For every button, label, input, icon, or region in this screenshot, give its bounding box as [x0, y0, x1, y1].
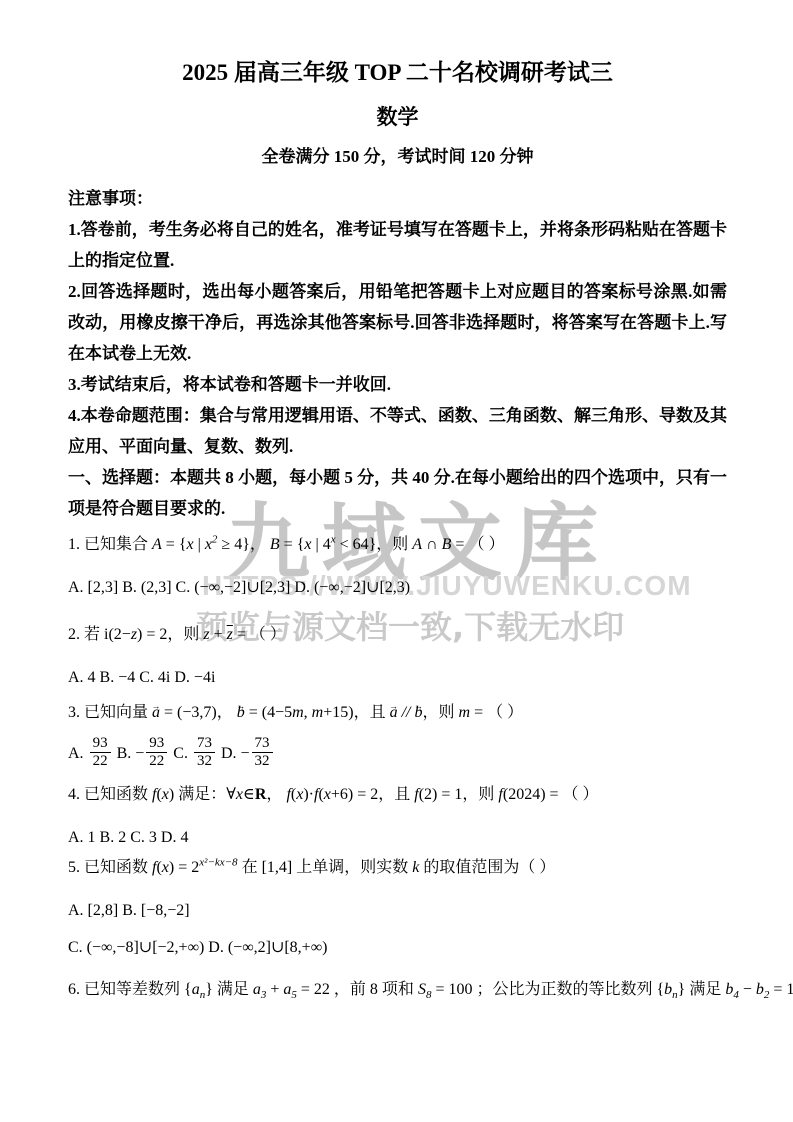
page-content: 2025 届高三年级 TOP 二十名校调研考试三 数学 全卷满分 150 分，考… — [0, 0, 793, 1005]
exam-paper-page: 九域文库 HTTPS://WWW.JIUYUWENKU.COM 预览与源文档一致… — [0, 0, 793, 1122]
question-5-stem: 5. 已知函数 f(x) = 2x²−kx−8 在 [1,4] 上单调，则实数 … — [68, 853, 727, 883]
question-list: 1. 已知集合 A = {x | x2 ≥ 4}， B = {x | 4x < … — [68, 530, 727, 1005]
exam-subject: 数学 — [68, 103, 727, 131]
question-5-options-ab: A. [2,8] B. [−8,−2] — [68, 896, 727, 926]
question-1-options: A. [2,3] B. (2,3] C. (−∞,−2]∪[2,3] D. (−… — [68, 573, 727, 603]
exam-score-time-info: 全卷满分 150 分，考试时间 120 分钟 — [68, 145, 727, 169]
note-item-4: 4.本卷命题范围：集合与常用逻辑用语、不等式、函数、三角函数、解三角形、导数及其… — [68, 400, 727, 462]
question-1-stem: 1. 已知集合 A = {x | x2 ≥ 4}， B = {x | 4x < … — [68, 530, 727, 560]
question-2-options: A. 4 B. −4 C. 4i D. −4i — [68, 663, 727, 693]
question-5-options-cd: C. (−∞,−8]∪[−2,+∞) D. (−∞,2]∪[8,+∞) — [68, 933, 727, 963]
exam-title: 2025 届高三年级 TOP 二十名校调研考试三 — [68, 58, 727, 88]
section-heading-choice: 一、选择题：本题共 8 小题，每小题 5 分，共 40 分.在每小题给出的四个选… — [68, 462, 727, 524]
question-3-options: A. 9322 B. −9322 C. 7332 D. −7332 — [68, 730, 727, 778]
note-item-2: 2.回答选择题时，选出每小题答案后，用铅笔把答题卡上对应题目的答案标号涂黑.如需… — [68, 276, 727, 369]
question-2-stem: 2. 若 i(2−z) = 2，则 z + z = （ ） — [68, 620, 727, 650]
note-item-3: 3.考试结束后，将本试卷和答题卡一并收回. — [68, 369, 727, 400]
question-6-stem: 6. 已知等差数列 {an} 满足 a3 + a5 = 22 ，前 8 项和 S… — [68, 975, 727, 1005]
question-4-options: A. 1 B. 2 C. 3 D. 4 — [68, 823, 727, 853]
note-item-1: 1.答卷前，考生务必将自己的姓名，准考证号填写在答题卡上，并将条形码粘贴在答题卡… — [68, 214, 727, 276]
notes-heading: 注意事项： — [68, 183, 727, 214]
question-4-stem: 4. 已知函数 f(x) 满足：∀x∈R， f(x)·f(x+6) = 2，且 … — [68, 780, 727, 810]
question-3-stem: 3. 已知向量 a = (−3,7)， b = (4−5m, m+15)，且 a… — [68, 698, 727, 728]
exam-notes: 注意事项： 1.答卷前，考生务必将自己的姓名，准考证号填写在答题卡上，并将条形码… — [68, 183, 727, 462]
